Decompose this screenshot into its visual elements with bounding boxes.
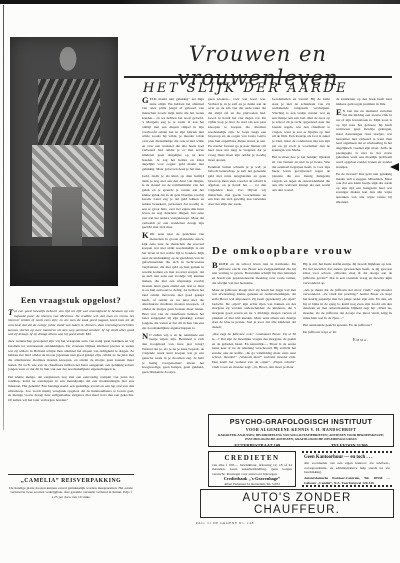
ad-credieten: CREDIETEN van elke f 100.— beschikbaar, … <box>208 451 296 487</box>
paragraph: Dat kleine meisje, dat eergisteren nog m… <box>8 375 134 403</box>
paragraph: De juffrouw trapt er in! <box>303 330 392 335</box>
paragraph: N laat me nu niemand vertellen dat die m… <box>336 109 392 169</box>
crediet-ad-address: Albert Parkstraat 34, Rotterdam, Tel. 51… <box>212 482 292 486</box>
psycho-ad-phone: TELEFOON 51200 <box>331 443 367 448</box>
psycho-ad-title: PSYCHO-GRAFOLOGISCH INSTITUUT <box>209 417 393 426</box>
section-masthead: Vrouwen en vrouwenleven <box>122 42 394 74</box>
omkoop-column-1: BROER en de school leven niet in harmoni… <box>212 262 296 410</box>
paragraph: geen klonten... vóór wel hoort wat. Verb… <box>208 97 266 162</box>
kantoor-ad-body: alle voordeelen van een eigen kantoor: u… <box>304 461 390 475</box>
paragraph: deze wetenschap gewapend zijn wij het vr… <box>8 339 134 372</box>
vraagstuk-heading: Een vraagstuk opgelost? <box>8 295 134 306</box>
ad-kantoor-centrale: Geen Kantoorhuur — en toch . . . alle vo… <box>302 451 392 487</box>
psycho-ad-subtitle: VOOR ALGEMEENE KENNIS V. H. HANDSCHRIFT <box>209 427 393 432</box>
psycho-ad-address: EUTERPESTRAAT 109 <box>234 443 280 448</box>
psycho-ad-services: KARAKTER-ANALYSES; BEOORDEELING VAN SOLL… <box>212 433 390 441</box>
kantoor-ad-address: Amsterdamsche Kantoor-Centrale, Tel. 405… <box>304 476 390 485</box>
paragraph: ELD maakt niet gelukkig" zei mijn tante … <box>142 97 204 171</box>
paragraph: „Dat zegt de juffrouw ook,” constateert … <box>212 332 296 369</box>
dropcap-b: B <box>212 262 218 270</box>
vraagstuk-column: Tot een goed huwelijk behoort van tijd t… <box>8 309 134 472</box>
ad-camelia: „CAMELIA” REISVERPAKKING De handige plat… <box>8 478 134 518</box>
omkoop-heading: De omkoopbare vrouw <box>212 245 394 258</box>
slijk-column-a: GELD maakt niet gelukkig" zei mijn tante… <box>142 97 204 517</box>
paragraph: Maar de juffrouw klaagt niet: zij houdt … <box>212 288 296 330</box>
slijk-column-b: geen klonten... vóór wel hoort wat. Verb… <box>208 97 266 242</box>
paragraph: Geld, dacht je als kind, op dien leeftij… <box>142 174 204 230</box>
masthead-rule <box>124 76 392 78</box>
left-margin-rule <box>3 5 4 430</box>
paragraph: ROER en de school leven niet in harmonie… <box>212 262 296 285</box>
paragraph: Eenmaal buiten schaam je je wel; je belo… <box>208 165 266 207</box>
kantoor-ad-title: Geen Kantoorhuur — en toch . . . <box>304 455 390 460</box>
slijk-column-c: Goudsmeden en torens! Bij de halte staat… <box>272 97 330 242</box>
paragraph: U zullen wij, u en ik, tenminste een bee… <box>142 333 204 374</box>
dropcap-n: N <box>142 333 148 341</box>
paragraph: IJK eens naar de gezichten van menschen … <box>142 232 204 329</box>
crediet-ad-title: CREDIETEN <box>209 454 295 462</box>
paragraph: Het is maar hoe je het bekijkt; rijkdom … <box>272 155 330 192</box>
page-footer: PAG. 11 DE GROENE No. 148 <box>196 521 276 525</box>
autos-ad-title: AUTO'S ZONDER CHAUFFEUR. <box>201 492 393 516</box>
paragraph: ot een goed huwelijk behoort van tijd to… <box>8 309 134 336</box>
autos-ad-sub: Ook jaar- en maandcontracten. <box>201 516 393 518</box>
magazine-page: Vrouwen en vrouwenleven HET SLIJK DER AA… <box>0 0 400 563</box>
paragraph: Het aanstaande gezicht spreekt. En de ju… <box>303 323 392 328</box>
camelia-ad-title: „CAMELIA” REISVERPAKKING <box>8 478 134 484</box>
fashion-photo <box>10 37 118 286</box>
paragraph: „Als je denkt dat de juffrouw het mooi v… <box>303 288 392 321</box>
paragraph: de kruidenier op den hoek heeft haar lek… <box>336 97 392 106</box>
slijk-column-d: de kruidenier op den hoek heeft haar lek… <box>336 97 392 242</box>
dropcap-t: T <box>8 309 13 317</box>
ad-psycho-grafologisch: PSYCHO-GRAFOLOGISCH INSTITUUT VOOR ALGEM… <box>208 414 394 447</box>
scan-top-edge <box>0 0 400 4</box>
dropcap-e: E <box>336 109 342 117</box>
paragraph: Goudsmeden en torens! Bij de halte staat… <box>272 97 330 153</box>
dropcap-k: K <box>142 232 149 240</box>
divider-rule <box>8 474 134 475</box>
article-title-slijk: HET SLIJK DER AARDE <box>143 81 395 95</box>
omkoop-column-2: Hij is stil, het heele koffie-uurtje, hi… <box>303 262 392 410</box>
crediet-ad-body: van elke f 100.— beschikbaar, aflossing … <box>212 463 292 477</box>
paragraph: Hij is stil, het heele koffie-uurtje, hi… <box>303 262 392 285</box>
author-signature: Emma. <box>353 337 392 342</box>
paragraph: En de moraal? Dat geld niet gelukkig maa… <box>336 172 392 205</box>
crediet-ad-bank: Credietbank „'s-Gravenhage” <box>209 476 295 481</box>
dropcap-g: G <box>142 97 149 105</box>
camelia-ad-body: De handige platte doozen kunnen overal g… <box>8 486 134 500</box>
ad-autos-zonder-chauffeur: AUTO'S ZONDER CHAUFFEUR. Ook jaar- en ma… <box>200 489 394 518</box>
